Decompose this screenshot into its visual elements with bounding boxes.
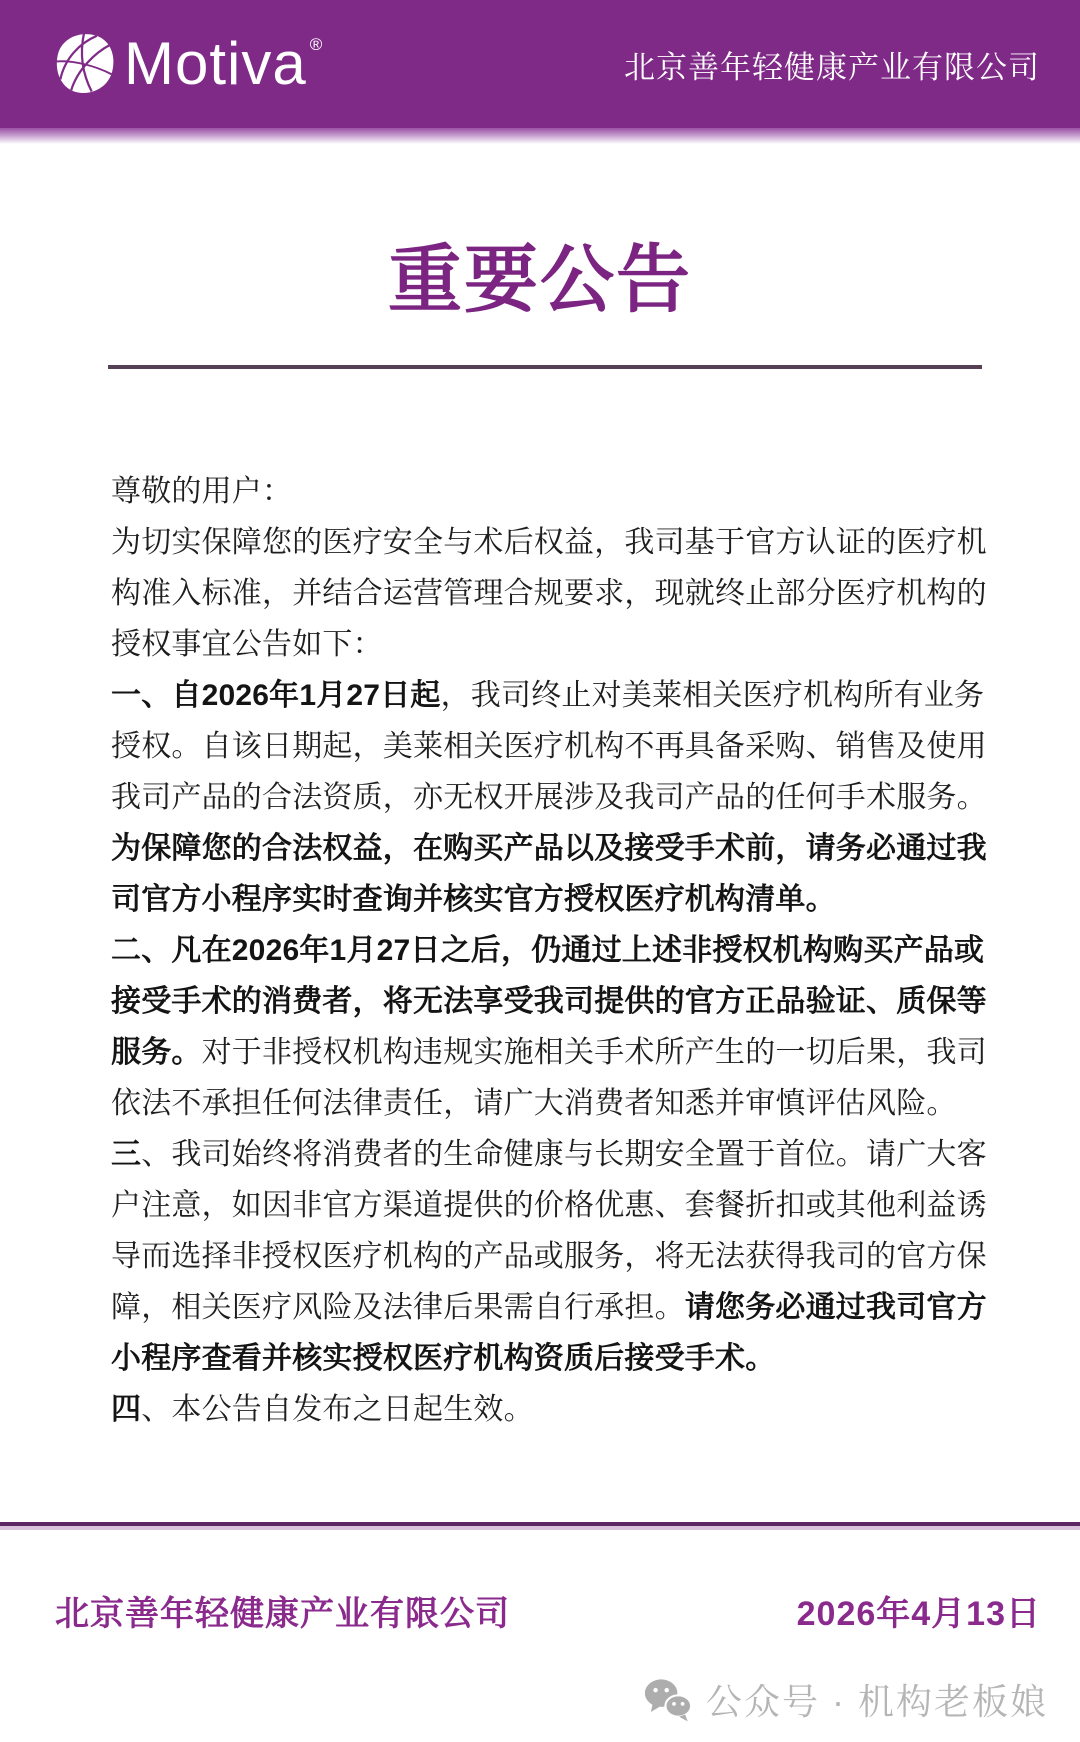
body-text-regular: 我司产品的合法资质，亦无权开展涉及我司产品的任何手术服务。 xyxy=(111,781,987,814)
body-text-regular: 为切实保障您的医疗安全与术后权益，我司基于官方认证的医疗机 xyxy=(111,526,987,559)
body-line: 授权事宜公告如下： xyxy=(111,619,991,670)
body-text-bold: 一、自2026年1月27日起 xyxy=(111,679,441,712)
body-line: 为保障您的合法权益，在购买产品以及接受手术前，请务必通过我 xyxy=(111,823,991,874)
body-line: 为切实保障您的医疗安全与术后权益，我司基于官方认证的医疗机 xyxy=(111,517,991,568)
body-line: 小程序查看并核实授权医疗机构资质后接受手术。 xyxy=(111,1333,991,1384)
motiva-logo: Motiva ® xyxy=(52,32,323,96)
body-text-bold: 四 xyxy=(111,1393,141,1426)
body-line: 四、本公告自发布之日起生效。 xyxy=(111,1384,991,1435)
footer-company-name: 北京善年轻健康产业有限公司 xyxy=(55,1586,510,1635)
body-line: 我司产品的合法资质，亦无权开展涉及我司产品的任何手术服务。 xyxy=(111,772,991,823)
body-line: 尊敬的用户： xyxy=(111,466,991,517)
body-text-regular: 授权。自该日期起，美莱相关医疗机构不再具备采购、销售及使用 xyxy=(111,730,987,763)
body-line: 服务。对于非授权机构违规实施相关手术所产生的一切后果，我司 xyxy=(111,1027,991,1078)
logo-wordmark: Motiva ® xyxy=(124,34,323,94)
body-text-bold: 小程序查看并核实授权医疗机构资质后接受手术。 xyxy=(111,1342,775,1375)
body-text-bold: 请您务必通过我司官方 xyxy=(685,1291,987,1324)
body-line: 一、自2026年1月27日起，我司终止对美莱相关医疗机构所有业务 xyxy=(111,670,991,721)
wechat-watermark: 公众号 · 机构老板娘 xyxy=(642,1674,1048,1725)
body-line: 构准入标准，并结合运营管理合规要求，现就终止部分医疗机构的 xyxy=(111,568,991,619)
footer-date: 2026年4月13日 xyxy=(797,1586,1041,1635)
title-divider xyxy=(108,365,982,369)
watermark-label: 公众号 · 机构老板娘 xyxy=(706,1674,1048,1725)
header-gradient-strip xyxy=(0,128,1080,144)
footer-divider xyxy=(0,1522,1080,1530)
wechat-icon xyxy=(642,1676,694,1724)
header-bar: Motiva ® 北京善年轻健康产业有限公司 xyxy=(0,0,1080,128)
body-line: 司官方小程序实时查询并核实官方授权医疗机构清单。 xyxy=(111,874,991,925)
body-text-regular: 依法不承担任何法律责任，请广大消费者知悉并审慎评估风险。 xyxy=(111,1087,957,1120)
footer-signature-row: 北京善年轻健康产业有限公司 2026年4月13日 xyxy=(55,1586,1041,1635)
body-text-regular: 授权事宜公告如下： xyxy=(111,628,383,661)
announcement-page: { "header": { "logo_text": "Motiva", "lo… xyxy=(0,0,1080,1742)
body-line: 障，相关医疗风险及法律后果需自行承担。请您务必通过我司官方 xyxy=(111,1282,991,1333)
body-text-regular: 构准入标准，并结合运营管理合规要求，现就终止部分医疗机构的 xyxy=(111,577,987,610)
logo-text: Motiva xyxy=(124,34,307,94)
body-line: 授权。自该日期起，美莱相关医疗机构不再具备采购、销售及使用 xyxy=(111,721,991,772)
body-line: 二、凡在2026年1月27日之后，仍通过上述非授权机构购买产品或 xyxy=(111,925,991,976)
body-text-regular: 导而选择非授权医疗机构的产品或服务，将无法获得我司的官方保 xyxy=(111,1240,987,1273)
body-text-bold: 三 xyxy=(111,1138,141,1171)
body-text-regular: 、我司始终将消费者的生命健康与长期安全置于首位。请广大客 xyxy=(141,1138,987,1171)
body-line: 依法不承担任何法律责任，请广大消费者知悉并审慎评估风险。 xyxy=(111,1078,991,1129)
body-text-bold: 接受手术的消费者，将无法享受我司提供的官方正品验证、质保等 xyxy=(111,985,987,1018)
body-text-regular: 尊敬的用户： xyxy=(111,475,292,508)
motiva-shell-icon xyxy=(52,32,116,96)
body-text-bold: 为保障您的合法权益，在购买产品以及接受手术前，请务必通过我 xyxy=(111,832,987,865)
body-text-regular: 、本公告自发布之日起生效。 xyxy=(141,1393,534,1426)
body-text-regular: 对于非授权机构违规实施相关手术所产生的一切后果，我司 xyxy=(202,1036,987,1069)
body-line: 接受手术的消费者，将无法享受我司提供的官方正品验证、质保等 xyxy=(111,976,991,1027)
body-line: 导而选择非授权医疗机构的产品或服务，将无法获得我司的官方保 xyxy=(111,1231,991,1282)
body-line: 户注意，如因非官方渠道提供的价格优惠、套餐折扣或其他利益诱 xyxy=(111,1180,991,1231)
body-text-bold: 二、凡在2026年1月27日之后，仍通过上述非授权机构购买产品或 xyxy=(111,934,984,967)
body-text-regular: ，我司终止对美莱相关医疗机构所有业务 xyxy=(441,679,985,712)
page-title: 重要公告 xyxy=(0,243,1080,317)
registered-mark: ® xyxy=(310,36,324,53)
body-text-regular: 户注意，如因非官方渠道提供的价格优惠、套餐折扣或其他利益诱 xyxy=(111,1189,987,1222)
announcement-body: 尊敬的用户：为切实保障您的医疗安全与术后权益，我司基于官方认证的医疗机构准入标准… xyxy=(111,466,991,1435)
header-company-name: 北京善年轻健康产业有限公司 xyxy=(624,42,1040,87)
body-text-bold: 服务。 xyxy=(111,1036,202,1069)
body-line: 三、我司始终将消费者的生命健康与长期安全置于首位。请广大客 xyxy=(111,1129,991,1180)
body-text-regular: 障，相关医疗风险及法律后果需自行承担。 xyxy=(111,1291,685,1324)
body-text-bold: 司官方小程序实时查询并核实官方授权医疗机构清单。 xyxy=(111,883,836,916)
